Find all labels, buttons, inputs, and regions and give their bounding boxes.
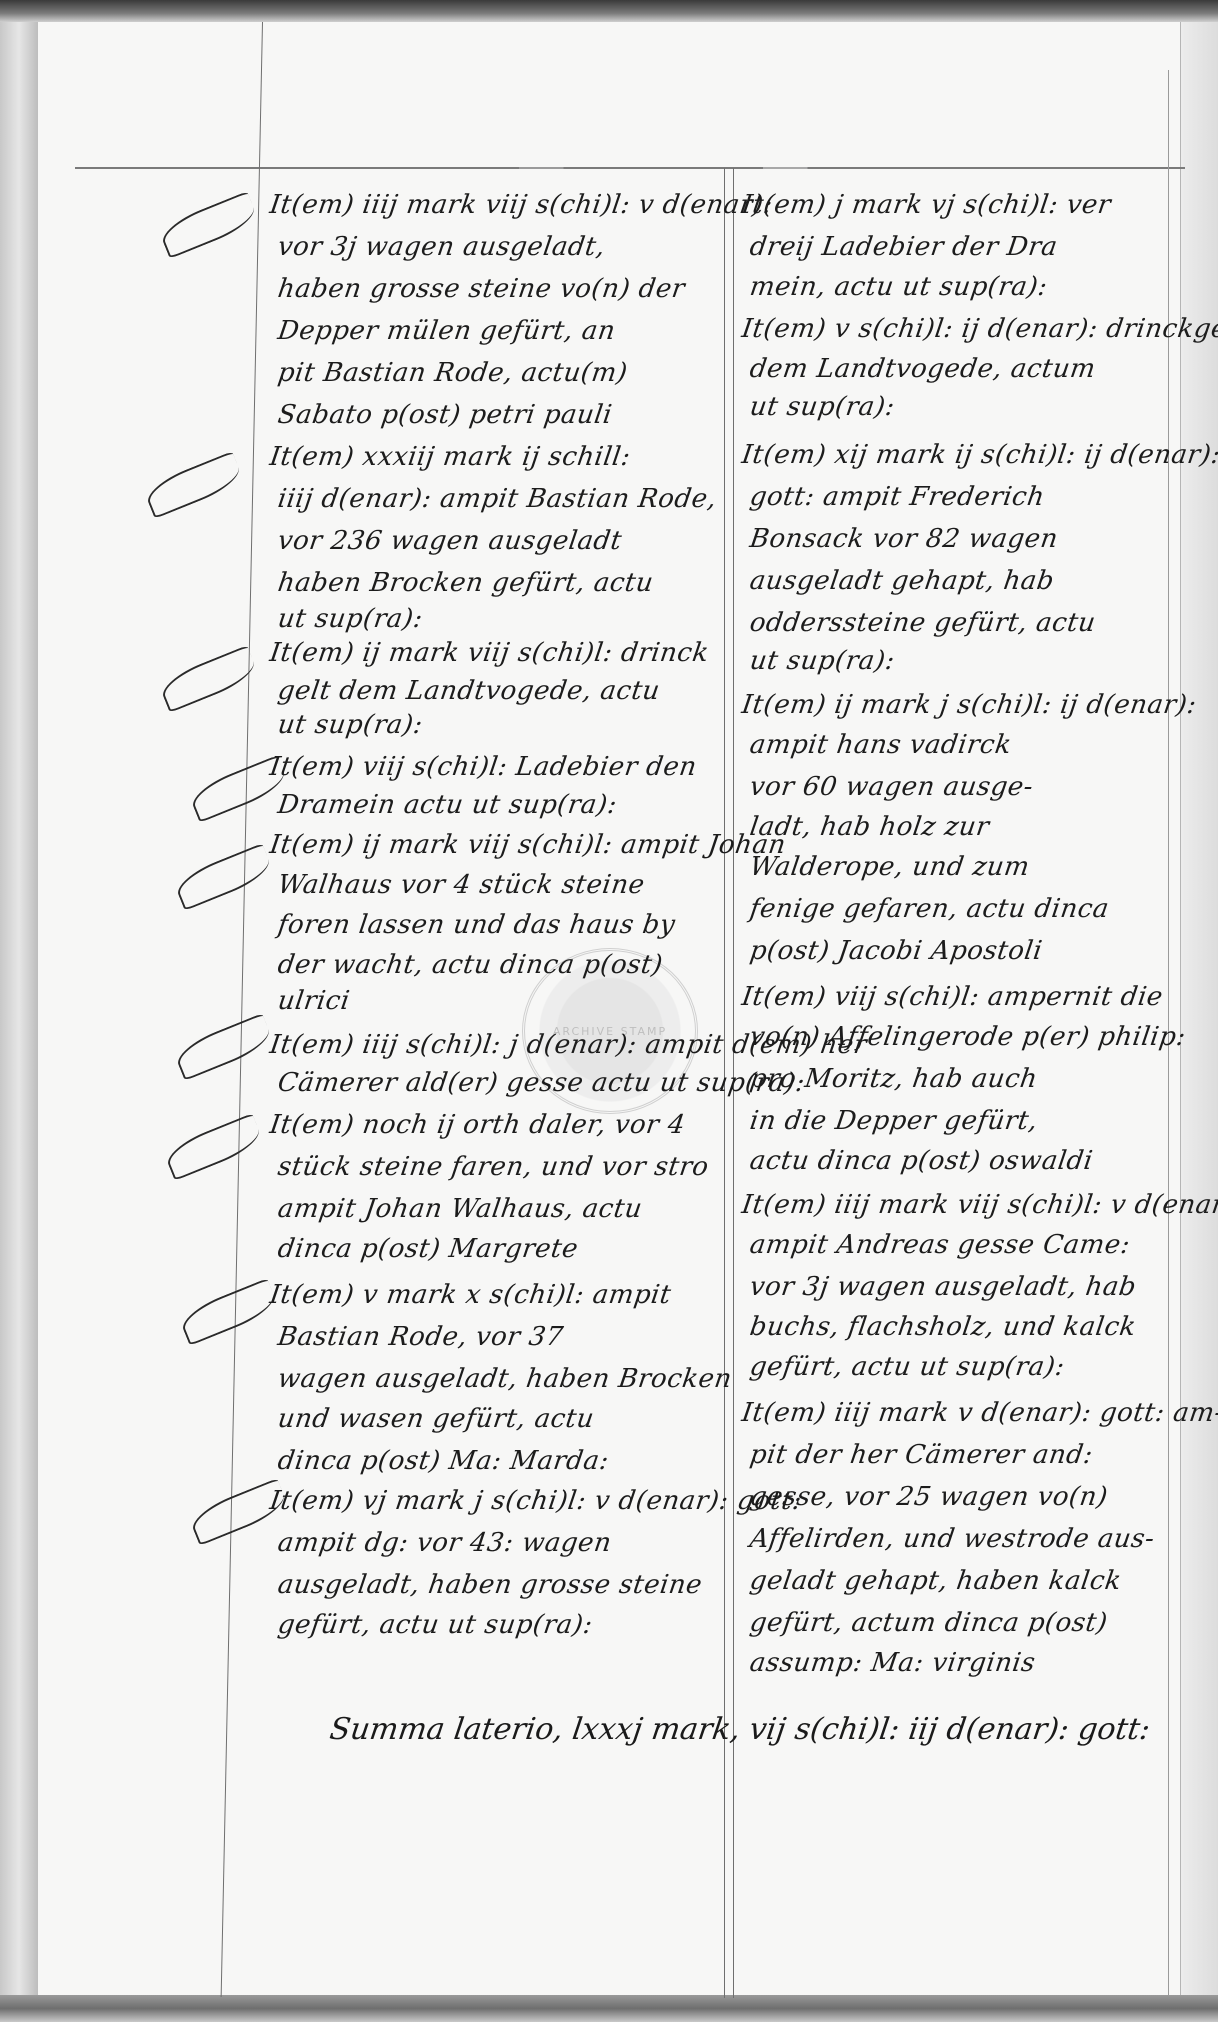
ledger-line: It(em) ij mark j s(chi)l: ij d(enar): xyxy=(740,690,1199,720)
ledger-line: ausgeladt, haben grosse steine xyxy=(276,1570,704,1600)
ledger-line: ut sup(ra): xyxy=(748,646,897,676)
ledger-line: It(em) iiij mark v d(enar): gott: am- xyxy=(740,1398,1218,1428)
ledger-line: ut sup(ra): xyxy=(276,710,425,740)
ledger-line: gesse, vor 25 wagen vo(n) xyxy=(748,1482,1110,1512)
ledger-line: dem Landtvogede, actum xyxy=(748,354,1098,384)
ledger-line: ampit Johan Walhaus, actu xyxy=(276,1194,644,1224)
page-bottom-edge xyxy=(0,1995,1218,2022)
ledger-line: ampit dg: vor 43: wagen xyxy=(276,1528,614,1558)
ledger-line: in die Depper gefürt, xyxy=(748,1106,1040,1136)
ledger-line: vor 60 wagen ausge- xyxy=(748,772,1035,802)
ledger-line: It(em) xij mark ij s(chi)l: ij d(enar): xyxy=(740,440,1218,470)
ledger-line: iiij d(enar): ampit Bastian Rode, xyxy=(276,484,719,514)
ledger-line: dinca p(ost) Ma: Marda: xyxy=(276,1446,611,1476)
ledger-line: vor 236 wagen ausgeladt xyxy=(276,526,624,556)
ledger-line: Walderope, und zum xyxy=(748,852,1032,882)
ledger-line: ampit Andreas gesse Came: xyxy=(748,1230,1132,1260)
ledger-line: Dramein actu ut sup(ra): xyxy=(276,790,619,820)
ledger-line: Sabato p(ost) petri pauli xyxy=(276,400,614,430)
ledger-line: It(em) viij s(chi)l: Ladebier den xyxy=(268,752,699,782)
ledger-line: stück steine faren, und vor stro xyxy=(276,1152,711,1182)
ledger-line: dinca p(ost) Margrete xyxy=(276,1234,580,1264)
ledger-line: It(em) ij mark viij s(chi)l: ampit Johan xyxy=(268,830,788,860)
ledger-line: It(em) j mark vj s(chi)l: ver xyxy=(740,190,1113,220)
scanned-page: ARCHIVE STAMP It(em) iiij mark viij s(ch… xyxy=(0,0,1218,2022)
ledger-line: It(em) iiij mark viij s(chi)l: v d(enar)… xyxy=(740,1190,1218,1220)
ledger-line: It(em) ij mark viij s(chi)l: drinck xyxy=(268,638,711,668)
ledger-line: haben Brocken gefürt, actu xyxy=(276,568,655,598)
ledger-line: It(em) v mark x s(chi)l: ampit xyxy=(268,1280,673,1310)
ledger-line: haben grosse steine vo(n) der xyxy=(276,274,687,304)
page-total-summary: Summa laterio, lxxxj mark, vij s(chi)l: … xyxy=(328,1712,1153,1747)
ledger-line: It(em) iiij mark viij s(chi)l: v d(enar)… xyxy=(268,190,775,220)
ledger-line: It(em) v s(chi)l: ij d(enar): drinckgelt xyxy=(740,314,1218,344)
ledger-line: vo(n) Affelingerode p(er) philip: xyxy=(748,1022,1188,1052)
ledger-line: pit Bastian Rode, actu(m) xyxy=(276,358,630,388)
ledger-line: gefürt, actu ut sup(ra): xyxy=(748,1352,1067,1382)
ledger-line: gefürt, actum dinca p(ost) xyxy=(748,1608,1110,1638)
ledger-line: Bastian Rode, vor 37 xyxy=(276,1322,565,1352)
ledger-line: It(em) viij s(chi)l: ampernit die xyxy=(740,982,1165,1012)
ledger-line: dreij Ladebier der Dra xyxy=(748,232,1060,262)
ledger-line: gefürt, actu ut sup(ra): xyxy=(276,1610,595,1640)
ledger-line: vor 3j wagen ausgeladt, xyxy=(276,232,607,262)
ledger-line: und wasen gefürt, actu xyxy=(276,1404,596,1434)
ledger-line: mein, actu ut sup(ra): xyxy=(748,272,1050,302)
ledger-line: ausgeladt gehapt, hab xyxy=(748,566,1056,596)
ledger-line: odderssteine gefürt, actu xyxy=(748,608,1098,638)
ledger-line: assump: Ma: virginis xyxy=(748,1648,1037,1678)
ledger-line: Depper mülen gefürt, an xyxy=(276,316,617,346)
ledger-line: ladt, hab holz zur xyxy=(748,812,991,842)
ledger-line: gott: ampit Frederich xyxy=(748,482,1047,512)
ledger-line: It(em) noch ij orth daler, vor 4 xyxy=(268,1110,687,1140)
ledger-line: ampit hans vadirck xyxy=(748,730,1014,760)
ledger-line: Affelirden, und westrode aus- xyxy=(748,1524,1157,1554)
header-rule xyxy=(75,167,1185,169)
ledger-line: Cämerer ald(er) gesse actu ut sup(ra): xyxy=(276,1068,807,1098)
ledger-line: It(em) vj mark j s(chi)l: v d(enar): got… xyxy=(268,1486,804,1516)
ledger-line: pit der her Cämerer and: xyxy=(748,1440,1095,1470)
ledger-line: Walhaus vor 4 stück steine xyxy=(276,870,647,900)
ledger-line: buchs, flachsholz, und kalck xyxy=(748,1312,1138,1342)
ledger-line: foren lassen und das haus by xyxy=(276,910,677,940)
ledger-line: ut sup(ra): xyxy=(276,604,425,634)
page-top-edge xyxy=(0,0,1218,22)
ledger-line: der wacht, actu dinca p(ost) xyxy=(276,950,665,980)
ledger-line: geladt gehapt, haben kalck xyxy=(748,1566,1123,1596)
ledger-line: Bonsack vor 82 wagen xyxy=(748,524,1060,554)
ledger-line: actu dinca p(ost) oswaldi xyxy=(748,1146,1095,1176)
book-binding-edge xyxy=(0,0,38,2022)
ledger-line: ut sup(ra): xyxy=(748,392,897,422)
ledger-line: It(em) xxxiij mark ij schill: xyxy=(268,442,633,472)
ledger-line: fenige gefaren, actu dinca xyxy=(748,894,1111,924)
ledger-line: gelt dem Landtvogede, actu xyxy=(276,676,662,706)
ledger-line: wagen ausgeladt, haben Brocken xyxy=(276,1364,734,1394)
ledger-line: p(ost) Jacobi Apostoli xyxy=(748,936,1044,966)
ledger-line: ulrici xyxy=(276,986,352,1016)
ledger-line: vor 3j wagen ausgeladt, hab xyxy=(748,1272,1138,1302)
ledger-line: pro Moritz, hab auch xyxy=(748,1064,1040,1094)
